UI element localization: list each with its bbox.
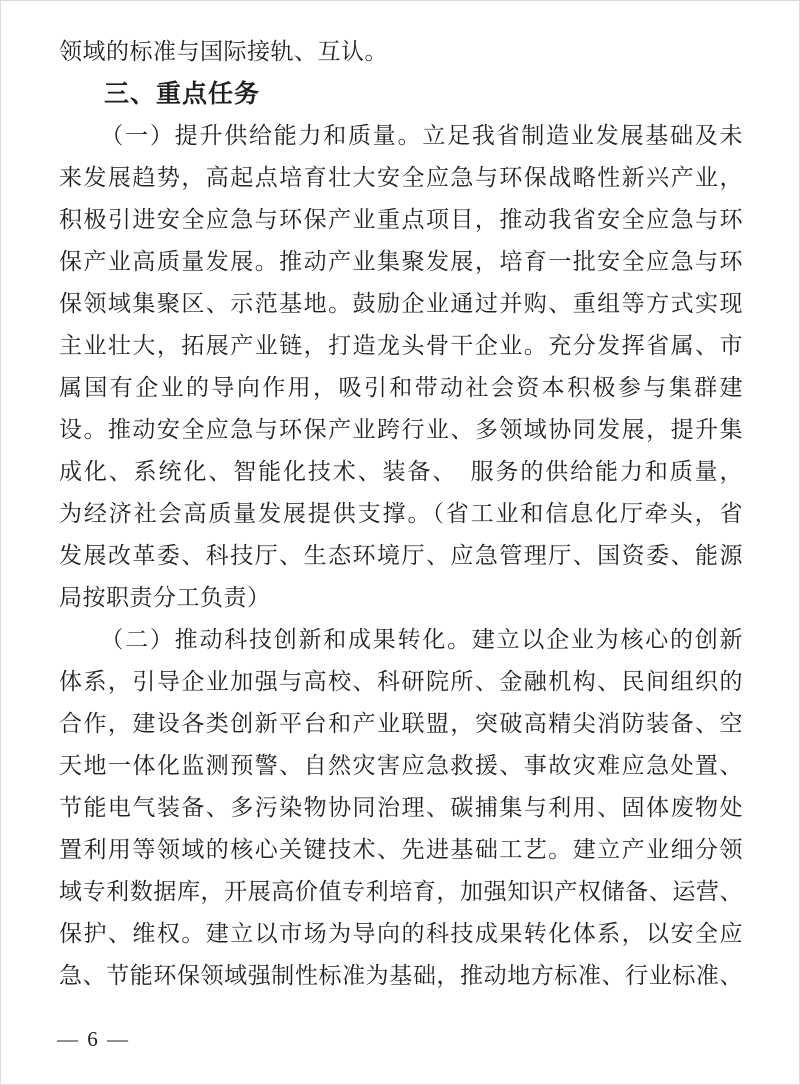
- text-line: 域专利数据库，开展高价值专利培育，加强知识产权储备、运营、: [59, 871, 743, 913]
- text-line: 天地一体化监测预警、自然灾害应急救援、事故灾难应急处置、: [59, 745, 743, 787]
- document-page: 领域的标准与国际接轨、互认。三、重点任务（一）提升供给能力和质量。立足我省制造业…: [0, 0, 800, 1085]
- text-line: 领域的标准与国际接轨、互认。: [59, 31, 743, 73]
- section-heading: 三、重点任务: [59, 73, 743, 115]
- page-number-footer: — 6 —: [57, 1024, 130, 1054]
- text-line: 急、节能环保领域强制性标准为基础，推动地方标准、行业标准、: [59, 955, 743, 997]
- text-line: 局按职责分工负责）: [59, 577, 743, 619]
- text-line: 积极引进安全应急与环保产业重点项目，推动我省安全应急与环: [59, 199, 743, 241]
- text-line: 发展改革委、科技厅、生态环境厅、应急管理厅、国资委、能源: [59, 535, 743, 577]
- text-line: 置利用等领域的核心关键技术、先进基础工艺。建立产业细分领: [59, 829, 743, 871]
- text-line: 设。推动安全应急与环保产业跨行业、多领域协同发展，提升集: [59, 409, 743, 451]
- text-line: 保产业高质量发展。推动产业集聚发展，培育一批安全应急与环: [59, 241, 743, 283]
- text-line: 来发展趋势，高起点培育壮大安全应急与环保战略性新兴产业，: [59, 157, 743, 199]
- document-text: 领域的标准与国际接轨、互认。三、重点任务（一）提升供给能力和质量。立足我省制造业…: [59, 31, 743, 997]
- text-line: 节能电气装备、多污染物协同治理、碳捕集与利用、固体废物处: [59, 787, 743, 829]
- text-line: 主业壮大，拓展产业链，打造龙头骨干企业。充分发挥省属、市: [59, 325, 743, 367]
- text-line: 体系，引导企业加强与高校、科研院所、金融机构、民间组织的: [59, 661, 743, 703]
- text-line: 为经济社会高质量发展提供支撑。（省工业和信息化厅牵头，省: [59, 493, 743, 535]
- text-line: （二）推动科技创新和成果转化。建立以企业为核心的创新: [59, 619, 743, 661]
- text-line: 保护、维权。建立以市场为导向的科技成果转化体系，以安全应: [59, 913, 743, 955]
- text-line: 合作，建设各类创新平台和产业联盟，突破高精尖消防装备、空: [59, 703, 743, 745]
- text-line: 属国有企业的导向作用，吸引和带动社会资本积极参与集群建: [59, 367, 743, 409]
- text-line: （一）提升供给能力和质量。立足我省制造业发展基础及未: [59, 115, 743, 157]
- text-line: 保领域集聚区、示范基地。鼓励企业通过并购、重组等方式实现: [59, 283, 743, 325]
- text-line: 成化、系统化、智能化技术、装备、 服务的供给能力和质量，: [59, 451, 743, 493]
